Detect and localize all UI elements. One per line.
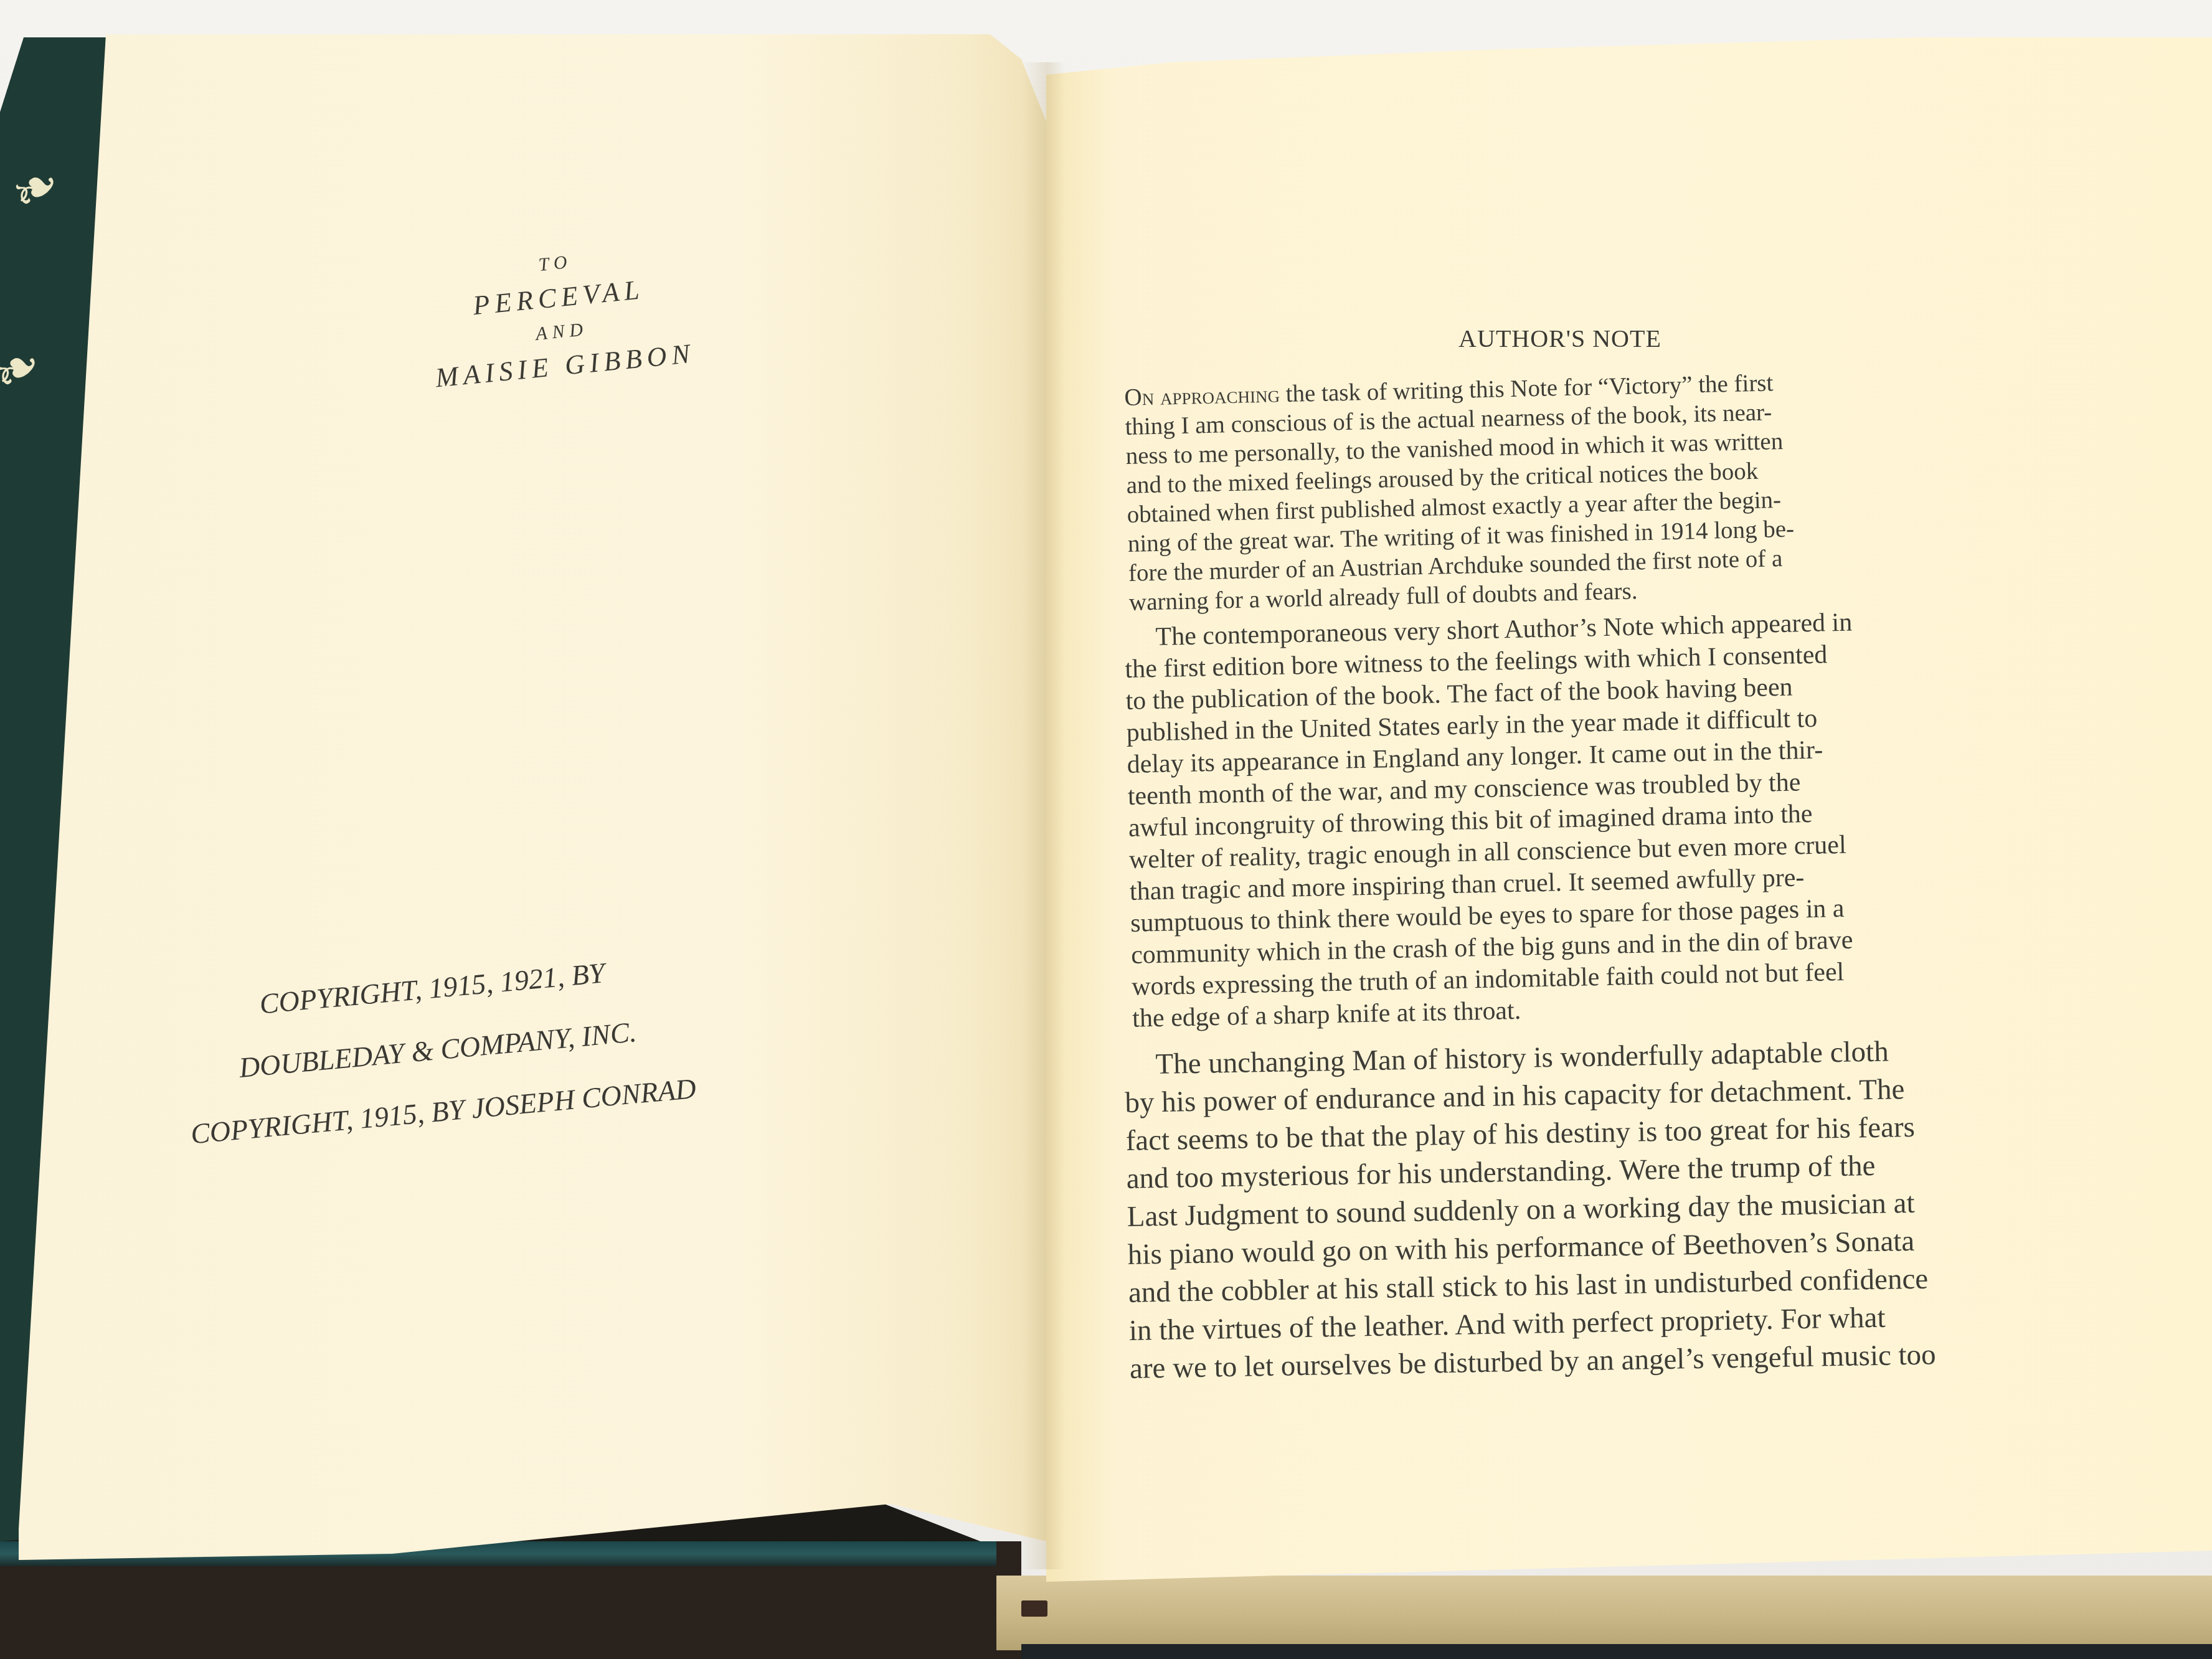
paragraph: The contemporaneous very short Author’s … xyxy=(1124,603,2054,1035)
back-cover-edge xyxy=(1021,1644,2212,1659)
bookmark-ribbon xyxy=(1021,1600,1047,1617)
paragraph: On approaching the task of writing this … xyxy=(1124,363,2013,617)
decorative-flourish-icon: ❧ xyxy=(0,329,54,409)
book-photo: ❧ ❧ TO PERCEVAL AND MAISIE GIBBON COPYRI… xyxy=(0,0,2212,1659)
page-block-edge xyxy=(996,1576,2212,1650)
paragraph: The unchanging Man of history is wonderf… xyxy=(1124,1028,2201,1388)
gutter-shadow xyxy=(1021,62,1065,1569)
page-title: AUTHOR'S NOTE xyxy=(1124,324,1996,353)
decorative-flourish-icon: ❧ xyxy=(0,148,73,229)
lead-in: On approaching xyxy=(1124,380,1280,411)
authors-note: AUTHOR'S NOTE On approaching the task of… xyxy=(1124,324,2208,1388)
